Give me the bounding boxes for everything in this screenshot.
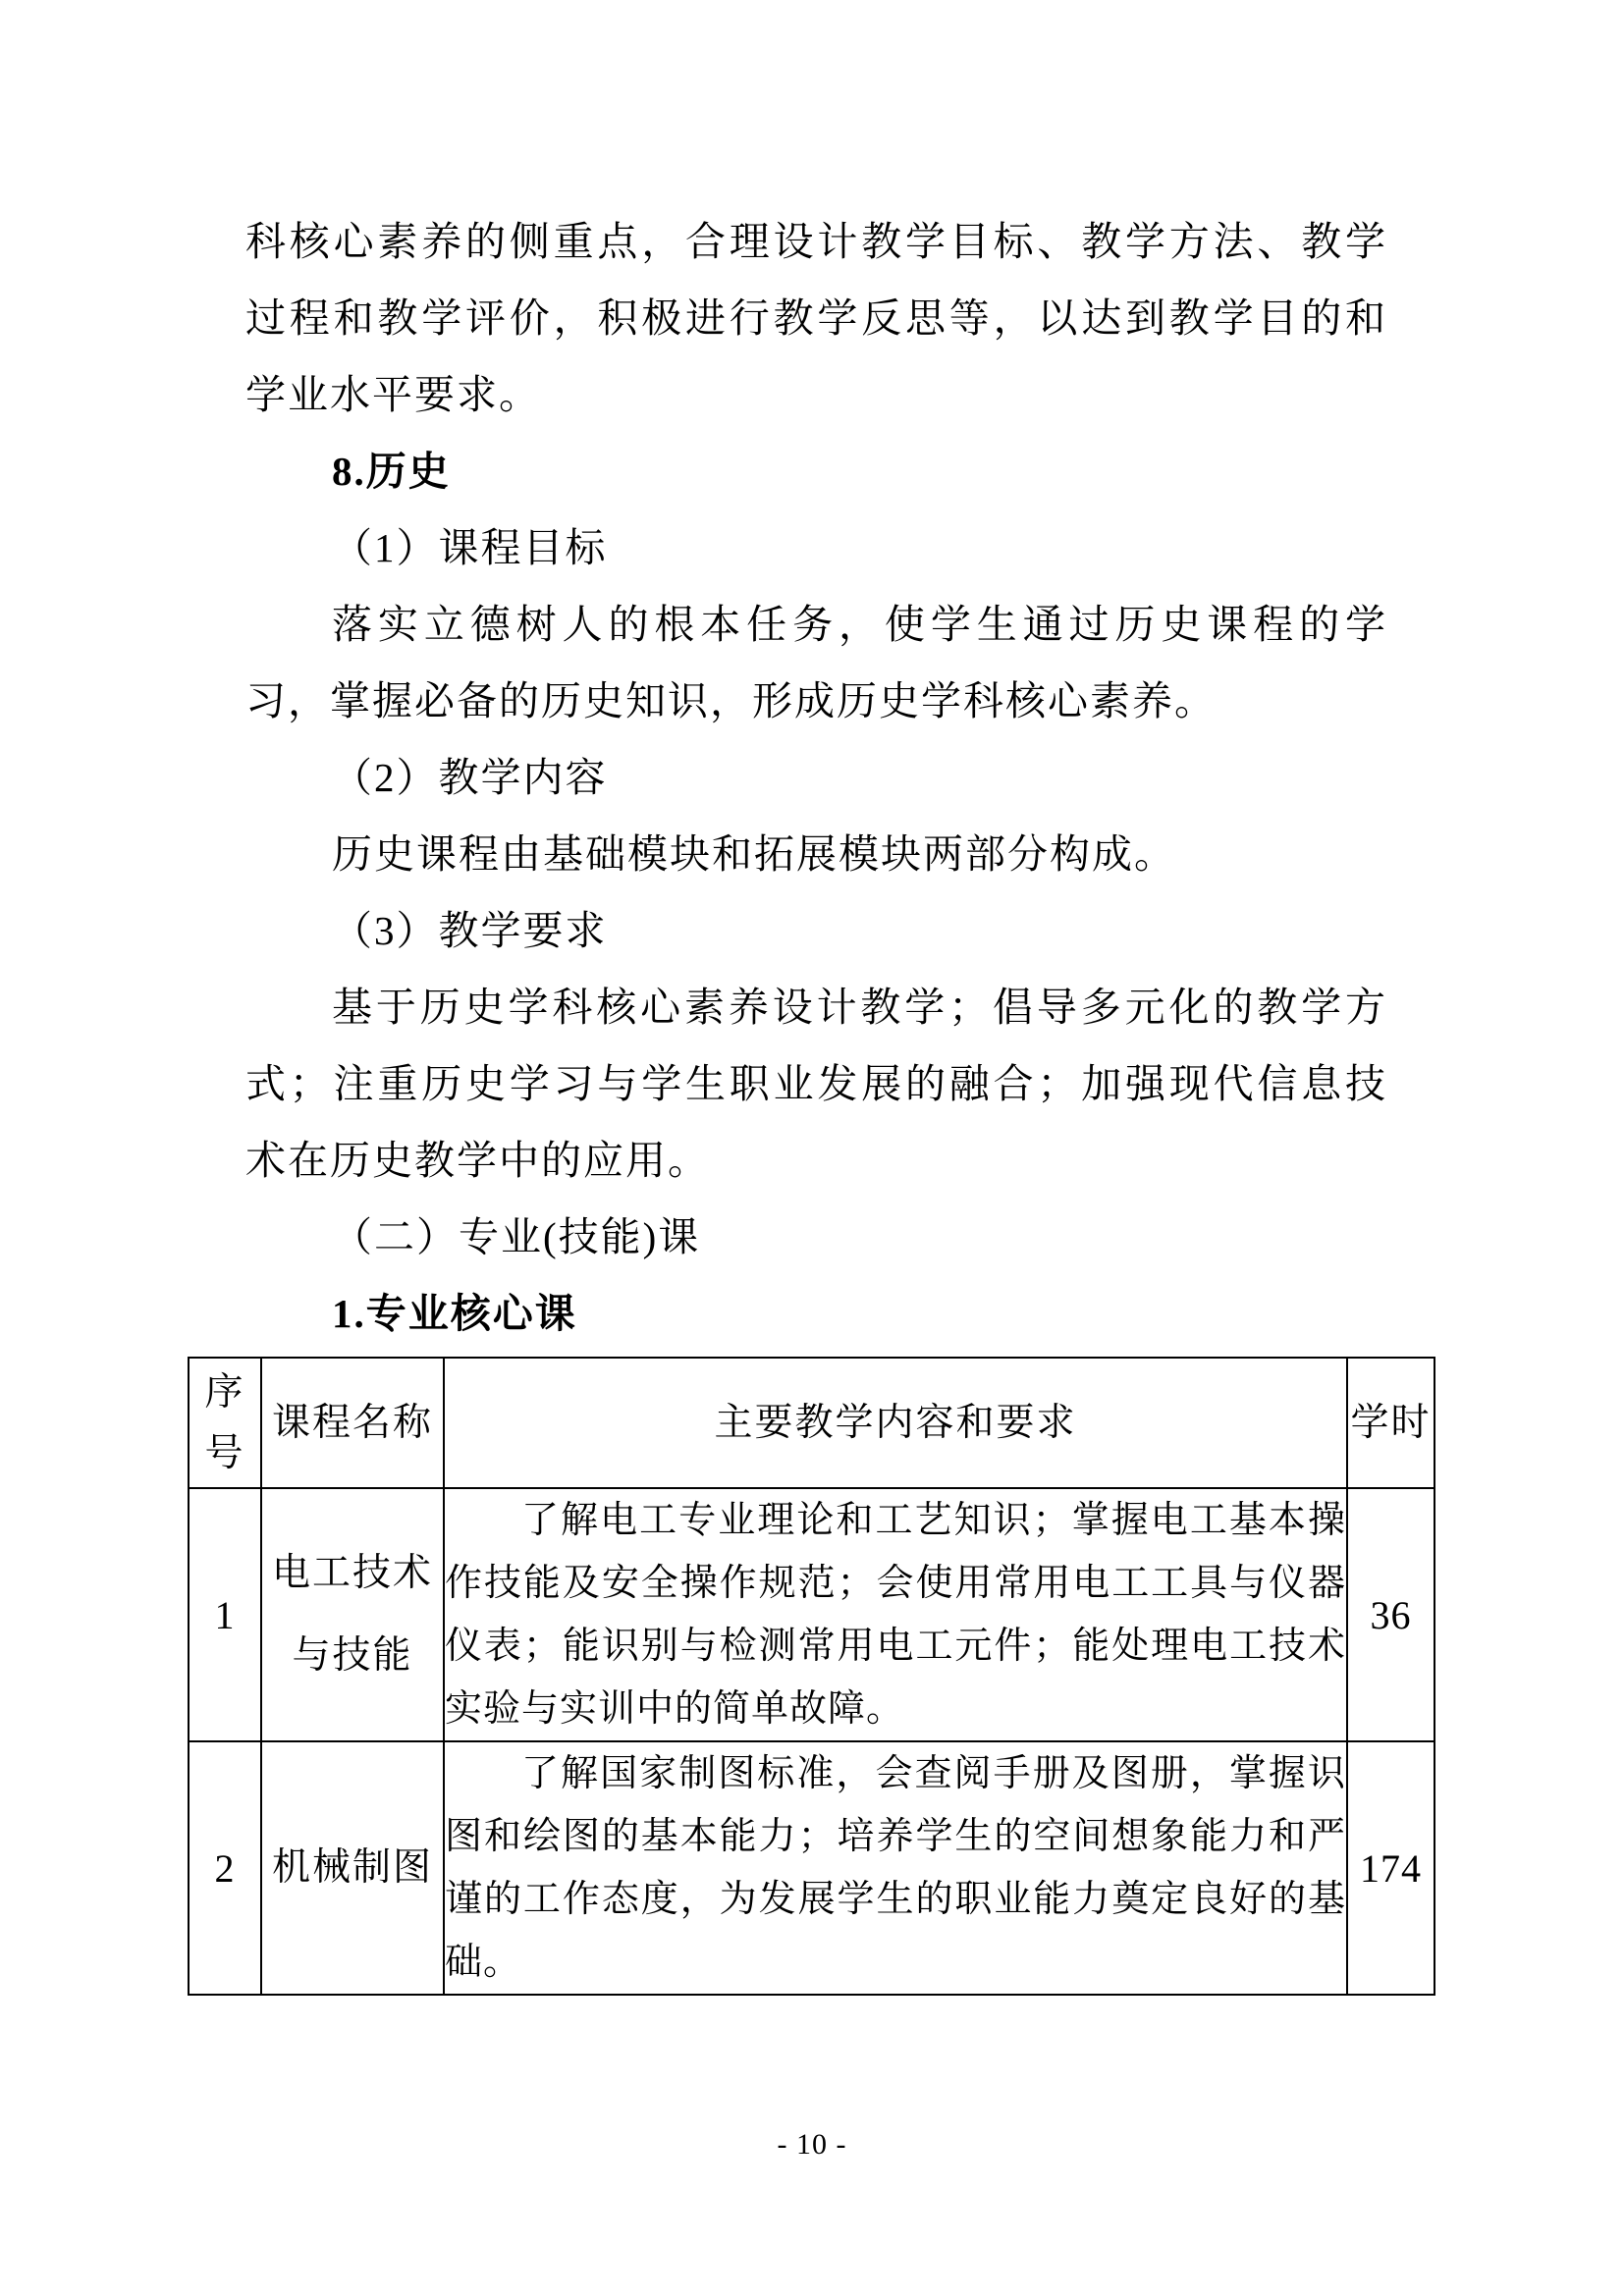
- paragraph-line: 式；注重历史学习与学生职业发展的融合；加强现代信息技: [245, 1045, 1387, 1122]
- paragraph-line: 基于历史学科核心素养设计教学；倡导多元化的教学方: [245, 969, 1387, 1045]
- heading-section-2-professional-skill-courses: （二）专业(技能)课: [245, 1199, 1387, 1275]
- col-header-main-content: 主要教学内容和要求: [444, 1358, 1347, 1488]
- cell-serial-number: 2: [189, 1741, 261, 1995]
- col-header-course-name: 课程名称: [261, 1358, 444, 1488]
- cell-class-hours: 36: [1347, 1488, 1435, 1741]
- paragraph-line: 历史课程由基础模块和拓展模块两部分构成。: [245, 816, 1387, 892]
- paragraph-line: 学业水平要求。: [245, 356, 1387, 433]
- cell-class-hours: 174: [1347, 1741, 1435, 1995]
- heading-2-teaching-content: （2）教学内容: [245, 739, 1387, 816]
- cell-course-name: 机械制图: [261, 1741, 444, 1995]
- paragraph-line: 术在历史教学中的应用。: [245, 1122, 1387, 1199]
- cell-course-content: 了解电工专业理论和工艺知识；掌握电工基本操作技能及安全操作规范；会使用常用电工工…: [444, 1488, 1347, 1741]
- paragraph-line: 科核心素养的侧重点，合理设计教学目标、教学方法、教学: [245, 203, 1387, 280]
- paragraph-line: 习，掌握必备的历史知识，形成历史学科核心素养。: [245, 663, 1387, 739]
- heading-1-course-objectives: （1）课程目标: [245, 509, 1387, 586]
- document-body: 科核心素养的侧重点，合理设计教学目标、教学方法、教学 过程和教学评价，积极进行教…: [245, 203, 1387, 1996]
- paragraph-line: 落实立德树人的根本任务，使学生通过历史课程的学: [245, 586, 1387, 663]
- col-header-serial-number: 序号: [189, 1358, 261, 1488]
- cell-serial-number: 1: [189, 1488, 261, 1741]
- cell-course-content: 了解国家制图标准，会查阅手册及图册，掌握识图和绘图的基本能力；培养学生的空间想象…: [444, 1741, 1347, 1995]
- col-header-class-hours: 学时: [1347, 1358, 1435, 1488]
- document-page: 科核心素养的侧重点，合理设计教学目标、教学方法、教学 过程和教学评价，积极进行教…: [0, 0, 1624, 2296]
- heading-3-teaching-requirements: （3）教学要求: [245, 892, 1387, 969]
- paragraph-line: 过程和教学评价，积极进行教学反思等，以达到教学目的和: [245, 280, 1387, 356]
- core-courses-table: 序号 课程名称 主要教学内容和要求 学时 1 电工技术与技能 了解电工专业理论和…: [188, 1357, 1435, 1996]
- table-row: 1 电工技术与技能 了解电工专业理论和工艺知识；掌握电工基本操作技能及安全操作规…: [189, 1488, 1435, 1741]
- page-number: - 10 -: [0, 2128, 1624, 2162]
- cell-course-name: 电工技术与技能: [261, 1488, 444, 1741]
- heading-8-history: 8.历史: [245, 433, 1387, 509]
- heading-1-professional-core-courses: 1.专业核心课: [245, 1275, 1387, 1352]
- table-row: 2 机械制图 了解国家制图标准，会查阅手册及图册，掌握识图和绘图的基本能力；培养…: [189, 1741, 1435, 1995]
- table-header-row: 序号 课程名称 主要教学内容和要求 学时: [189, 1358, 1435, 1488]
